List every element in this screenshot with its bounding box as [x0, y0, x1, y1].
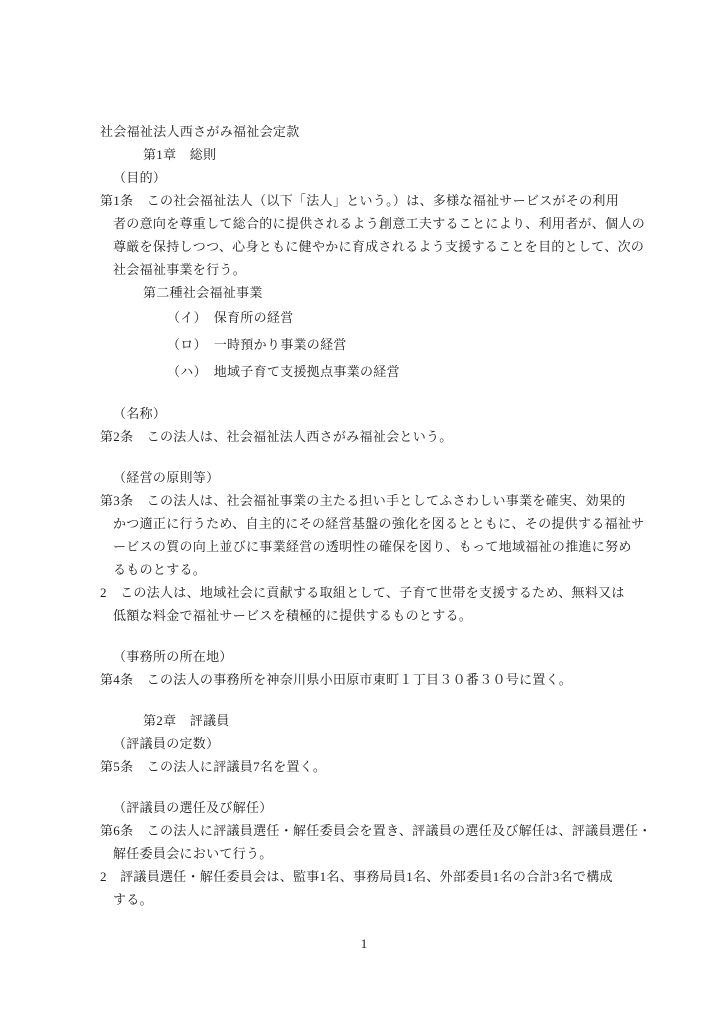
article-1-line-4: 社会福祉事業を行う。 — [100, 258, 640, 281]
article-3-line-4: るものとする。 — [100, 558, 640, 581]
office-location-label: （事務所の所在地） — [100, 645, 640, 668]
business-item-ha: （ハ） 地域子育て支援拠点事業の経営 — [100, 358, 640, 385]
business-item-ro: （ロ） 一時預かり事業の経営 — [100, 331, 640, 358]
article-6-para-2-line-1: 2 評議員選任・解任委員会は、監事1名、事務局員1名、外部委員1名の合計3名で構… — [100, 865, 640, 888]
document-body: 社会福祉法人西さがみ福祉会定款 第1章 総則 （目的） 第1条 この社会福祉法人… — [100, 120, 640, 955]
purpose-label: （目的） — [100, 166, 640, 189]
section-spacer — [100, 627, 640, 645]
article-3-para-2-line-2: 低額な料金で福祉サービスを積極的に提供するものとする。 — [100, 604, 640, 627]
article-6-para-2-line-2: する。 — [100, 888, 640, 911]
councillor-appointment-label: （評議員の選任及び解任） — [100, 796, 640, 819]
article-1-line-2: 者の意向を尊重して総合的に提供されるよう創意工夫することにより、利用者が、個人の — [100, 212, 640, 235]
article-4-line-1: 第4条 この法人の事務所を神奈川県小田原市東町１丁目３０番３０号に置く。 — [100, 668, 640, 691]
article-6-line-2: 解任委員会において行う。 — [100, 842, 640, 865]
name-label: （名称） — [100, 402, 640, 425]
section-spacer — [100, 691, 640, 709]
chapter-1-heading: 第1章 総則 — [100, 143, 640, 166]
article-3-line-3: ービスの質の向上並びに事業経営の透明性の確保を図り、もって地域福祉の推進に努め — [100, 535, 640, 558]
article-3-line-1: 第3条 この法人は、社会福祉事業の主たる担い手としてふさわしい事業を確実、効果的 — [100, 489, 640, 512]
article-2-line-1: 第2条 この法人は、社会福祉法人西さがみ福祉会という。 — [100, 425, 640, 448]
document-title: 社会福祉法人西さがみ福祉会定款 — [100, 120, 640, 143]
business-category-heading: 第二種社会福祉事業 — [100, 281, 640, 304]
business-item-i: （イ） 保育所の経営 — [100, 304, 640, 331]
chapter-2-heading: 第2章 評議員 — [100, 709, 640, 732]
article-3-para-2-line-1: 2 この法人は、地域社会に貢献する取組として、子育て世帯を支援するため、無料又は — [100, 581, 640, 604]
article-3-line-2: かつ適正に行うため、自主的にその経営基盤の強化を図るとともに、その提供する福祉サ — [100, 512, 640, 535]
section-spacer — [100, 385, 640, 402]
management-principles-label: （経営の原則等） — [100, 466, 640, 489]
article-1-line-3: 尊厳を保持しつつ、心身ともに健やかに育成されるよう支援することを目的として、次の — [100, 235, 640, 258]
section-spacer — [100, 778, 640, 796]
article-6-line-1: 第6条 この法人に評議員選任・解任委員会を置き、評議員の選任及び解任は、評議員選… — [100, 819, 640, 842]
section-spacer — [100, 448, 640, 466]
document-page: 社会福祉法人西さがみ福祉会定款 第1章 総則 （目的） 第1条 この社会福祉法人… — [0, 0, 724, 1024]
article-5-line-1: 第5条 この法人に評議員7名を置く。 — [100, 755, 640, 778]
page-number: 1 — [100, 932, 628, 955]
councillor-count-label: （評議員の定数） — [100, 732, 640, 755]
article-1-line-1: 第1条 この社会福祉法人（以下「法人」という。）は、多様な福祉サービスがその利用 — [100, 189, 640, 212]
